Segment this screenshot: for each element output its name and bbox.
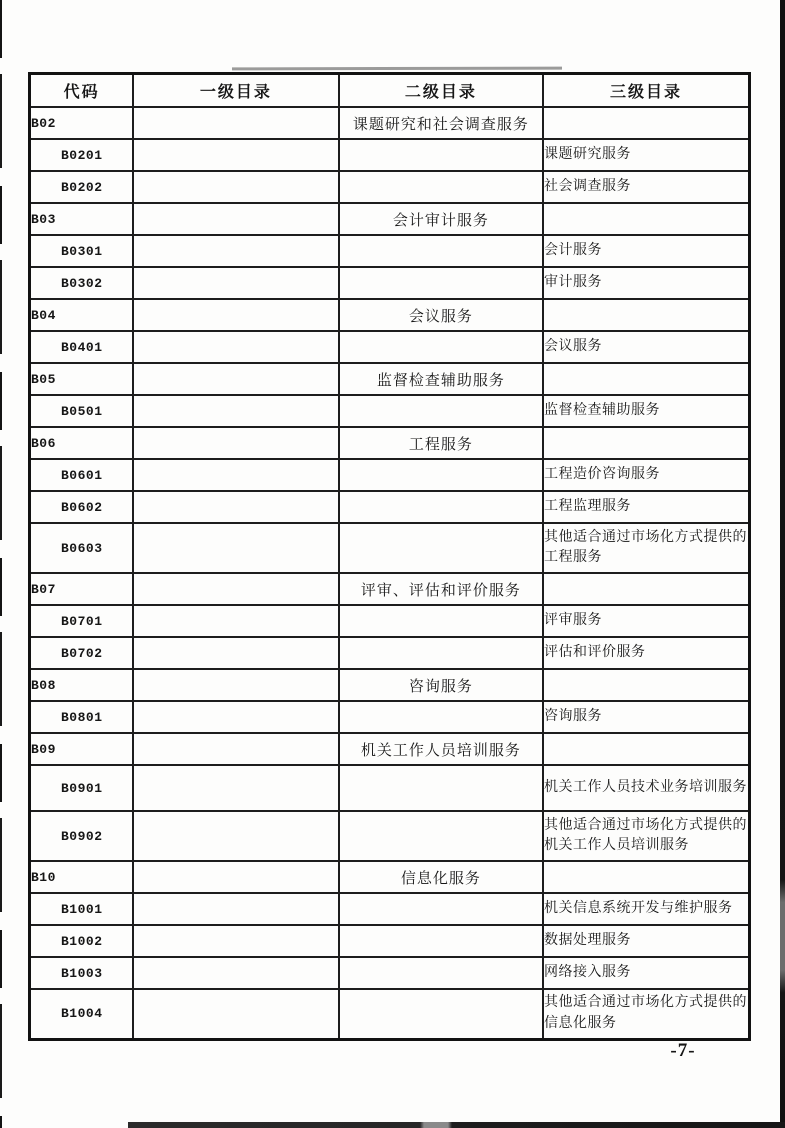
table-row: B0902其他适合通过市场化方式提供的机关工作人员培训服务	[30, 811, 750, 861]
code-cell: B05	[30, 363, 134, 395]
table-row: B0501监督检查辅助服务	[30, 395, 750, 427]
scan-edge-bottom	[128, 1122, 785, 1128]
level3-cell	[543, 573, 749, 605]
table-row: B0603其他适合通过市场化方式提供的工程服务	[30, 523, 750, 573]
level2-cell	[339, 523, 543, 573]
scanned-page: 代码 一级目录 二级目录 三级目录 B02课题研究和社会调查服务B0201课题研…	[0, 0, 785, 1128]
level3-cell	[543, 427, 749, 459]
header-cell-level3: 三级目录	[543, 74, 749, 108]
code-cell: B0801	[30, 701, 134, 733]
code-cell: B0601	[30, 459, 134, 491]
table-row: B09机关工作人员培训服务	[30, 733, 750, 765]
level2-cell	[339, 139, 543, 171]
level2-cell	[339, 459, 543, 491]
code-cell: B0902	[30, 811, 134, 861]
level1-cell	[133, 701, 338, 733]
table-row: B1004其他适合通过市场化方式提供的信息化服务	[30, 989, 750, 1039]
level2-cell	[339, 811, 543, 861]
level3-cell: 审计服务	[543, 267, 749, 299]
level2-cell	[339, 331, 543, 363]
level1-cell	[133, 523, 338, 573]
level2-cell	[339, 171, 543, 203]
level1-cell	[133, 107, 338, 139]
table-row: B0401会议服务	[30, 331, 750, 363]
level1-cell	[133, 203, 338, 235]
level1-cell	[133, 637, 338, 669]
table-row: B06工程服务	[30, 427, 750, 459]
level2-cell: 评审、评估和评价服务	[339, 573, 543, 605]
code-cell: B1001	[30, 893, 134, 925]
level3-cell	[543, 107, 749, 139]
level2-cell: 信息化服务	[339, 861, 543, 893]
table-row: B02课题研究和社会调查服务	[30, 107, 750, 139]
table-row: B1001机关信息系统开发与维护服务	[30, 893, 750, 925]
scan-edge-right	[780, 0, 785, 1128]
level1-cell	[133, 957, 338, 989]
level3-cell: 其他适合通过市场化方式提供的机关工作人员培训服务	[543, 811, 749, 861]
code-cell: B08	[30, 669, 134, 701]
level1-cell	[133, 925, 338, 957]
table-row: B0201课题研究服务	[30, 139, 750, 171]
level2-cell	[339, 989, 543, 1039]
table-row: B0901机关工作人员技术业务培训服务	[30, 765, 750, 811]
level3-cell: 课题研究服务	[543, 139, 749, 171]
table-row: B04会议服务	[30, 299, 750, 331]
level1-cell	[133, 861, 338, 893]
level1-cell	[133, 989, 338, 1039]
level3-cell: 评审服务	[543, 605, 749, 637]
level1-cell	[133, 605, 338, 637]
table-row: B07评审、评估和评价服务	[30, 573, 750, 605]
level1-cell	[133, 299, 338, 331]
code-cell: B0702	[30, 637, 134, 669]
table-row: B10信息化服务	[30, 861, 750, 893]
level2-cell	[339, 491, 543, 523]
code-cell: B1002	[30, 925, 134, 957]
level1-cell	[133, 171, 338, 203]
level3-cell: 机关信息系统开发与维护服务	[543, 893, 749, 925]
code-cell: B06	[30, 427, 134, 459]
level2-cell	[339, 701, 543, 733]
level3-cell	[543, 299, 749, 331]
table-row: B1002数据处理服务	[30, 925, 750, 957]
level2-cell: 会议服务	[339, 299, 543, 331]
table-row: B0602工程监理服务	[30, 491, 750, 523]
table-row: B0701评审服务	[30, 605, 750, 637]
level1-cell	[133, 733, 338, 765]
table-header-row: 代码 一级目录 二级目录 三级目录	[30, 74, 750, 108]
table-row: B0801咨询服务	[30, 701, 750, 733]
level3-cell: 监督检查辅助服务	[543, 395, 749, 427]
level3-cell: 网络接入服务	[543, 957, 749, 989]
level1-cell	[133, 893, 338, 925]
level3-cell: 数据处理服务	[543, 925, 749, 957]
code-cell: B02	[30, 107, 134, 139]
level3-cell: 工程监理服务	[543, 491, 749, 523]
level3-cell	[543, 203, 749, 235]
level1-cell	[133, 427, 338, 459]
table-body: B02课题研究和社会调查服务B0201课题研究服务B0202社会调查服务B03会…	[30, 107, 750, 1039]
level3-cell: 其他适合通过市场化方式提供的工程服务	[543, 523, 749, 573]
code-cell: B0901	[30, 765, 134, 811]
level3-cell: 评估和评价服务	[543, 637, 749, 669]
code-cell: B04	[30, 299, 134, 331]
level2-cell: 机关工作人员培训服务	[339, 733, 543, 765]
level3-cell: 社会调查服务	[543, 171, 749, 203]
level1-cell	[133, 363, 338, 395]
code-cell: B0302	[30, 267, 134, 299]
level2-cell	[339, 605, 543, 637]
service-catalog-table: 代码 一级目录 二级目录 三级目录 B02课题研究和社会调查服务B0201课题研…	[28, 72, 751, 1041]
level1-cell	[133, 139, 338, 171]
level2-cell: 会计审计服务	[339, 203, 543, 235]
level2-cell	[339, 395, 543, 427]
header-cell-level2: 二级目录	[339, 74, 543, 108]
level3-cell	[543, 861, 749, 893]
scan-edge-left	[0, 0, 2, 1128]
code-cell: B0401	[30, 331, 134, 363]
level1-cell	[133, 669, 338, 701]
level1-cell	[133, 765, 338, 811]
level2-cell	[339, 765, 543, 811]
code-cell: B0301	[30, 235, 134, 267]
level3-cell	[543, 733, 749, 765]
level1-cell	[133, 491, 338, 523]
table-row: B05监督检查辅助服务	[30, 363, 750, 395]
level1-cell	[133, 573, 338, 605]
level3-cell: 会计服务	[543, 235, 749, 267]
table-row: B08咨询服务	[30, 669, 750, 701]
table-row: B0302审计服务	[30, 267, 750, 299]
level3-cell: 其他适合通过市场化方式提供的信息化服务	[543, 989, 749, 1039]
level2-cell: 监督检查辅助服务	[339, 363, 543, 395]
table-row: B0702评估和评价服务	[30, 637, 750, 669]
level3-cell: 咨询服务	[543, 701, 749, 733]
level2-cell	[339, 267, 543, 299]
level2-cell	[339, 637, 543, 669]
level1-cell	[133, 811, 338, 861]
level2-cell: 咨询服务	[339, 669, 543, 701]
level2-cell: 课题研究和社会调查服务	[339, 107, 543, 139]
table-row: B1003网络接入服务	[30, 957, 750, 989]
code-cell: B03	[30, 203, 134, 235]
level2-cell	[339, 893, 543, 925]
code-cell: B0602	[30, 491, 134, 523]
level2-cell: 工程服务	[339, 427, 543, 459]
page-number: -7-	[660, 1040, 706, 1062]
code-cell: B0603	[30, 523, 134, 573]
header-cell-code: 代码	[30, 74, 134, 108]
table-row: B03会计审计服务	[30, 203, 750, 235]
table-row: B0601工程造价咨询服务	[30, 459, 750, 491]
code-cell: B10	[30, 861, 134, 893]
code-cell: B0201	[30, 139, 134, 171]
code-cell: B07	[30, 573, 134, 605]
code-cell: B1004	[30, 989, 134, 1039]
level2-cell	[339, 957, 543, 989]
scan-smudge	[232, 67, 562, 71]
level1-cell	[133, 395, 338, 427]
level1-cell	[133, 459, 338, 491]
code-cell: B0701	[30, 605, 134, 637]
level1-cell	[133, 235, 338, 267]
level2-cell	[339, 925, 543, 957]
level2-cell	[339, 235, 543, 267]
header-cell-level1: 一级目录	[133, 74, 338, 108]
level3-cell	[543, 669, 749, 701]
code-cell: B1003	[30, 957, 134, 989]
level3-cell: 机关工作人员技术业务培训服务	[543, 765, 749, 811]
code-cell: B0501	[30, 395, 134, 427]
level1-cell	[133, 267, 338, 299]
code-cell: B09	[30, 733, 134, 765]
level1-cell	[133, 331, 338, 363]
table-row: B0202社会调查服务	[30, 171, 750, 203]
table-row: B0301会计服务	[30, 235, 750, 267]
level3-cell: 会议服务	[543, 331, 749, 363]
code-cell: B0202	[30, 171, 134, 203]
level3-cell: 工程造价咨询服务	[543, 459, 749, 491]
level3-cell	[543, 363, 749, 395]
